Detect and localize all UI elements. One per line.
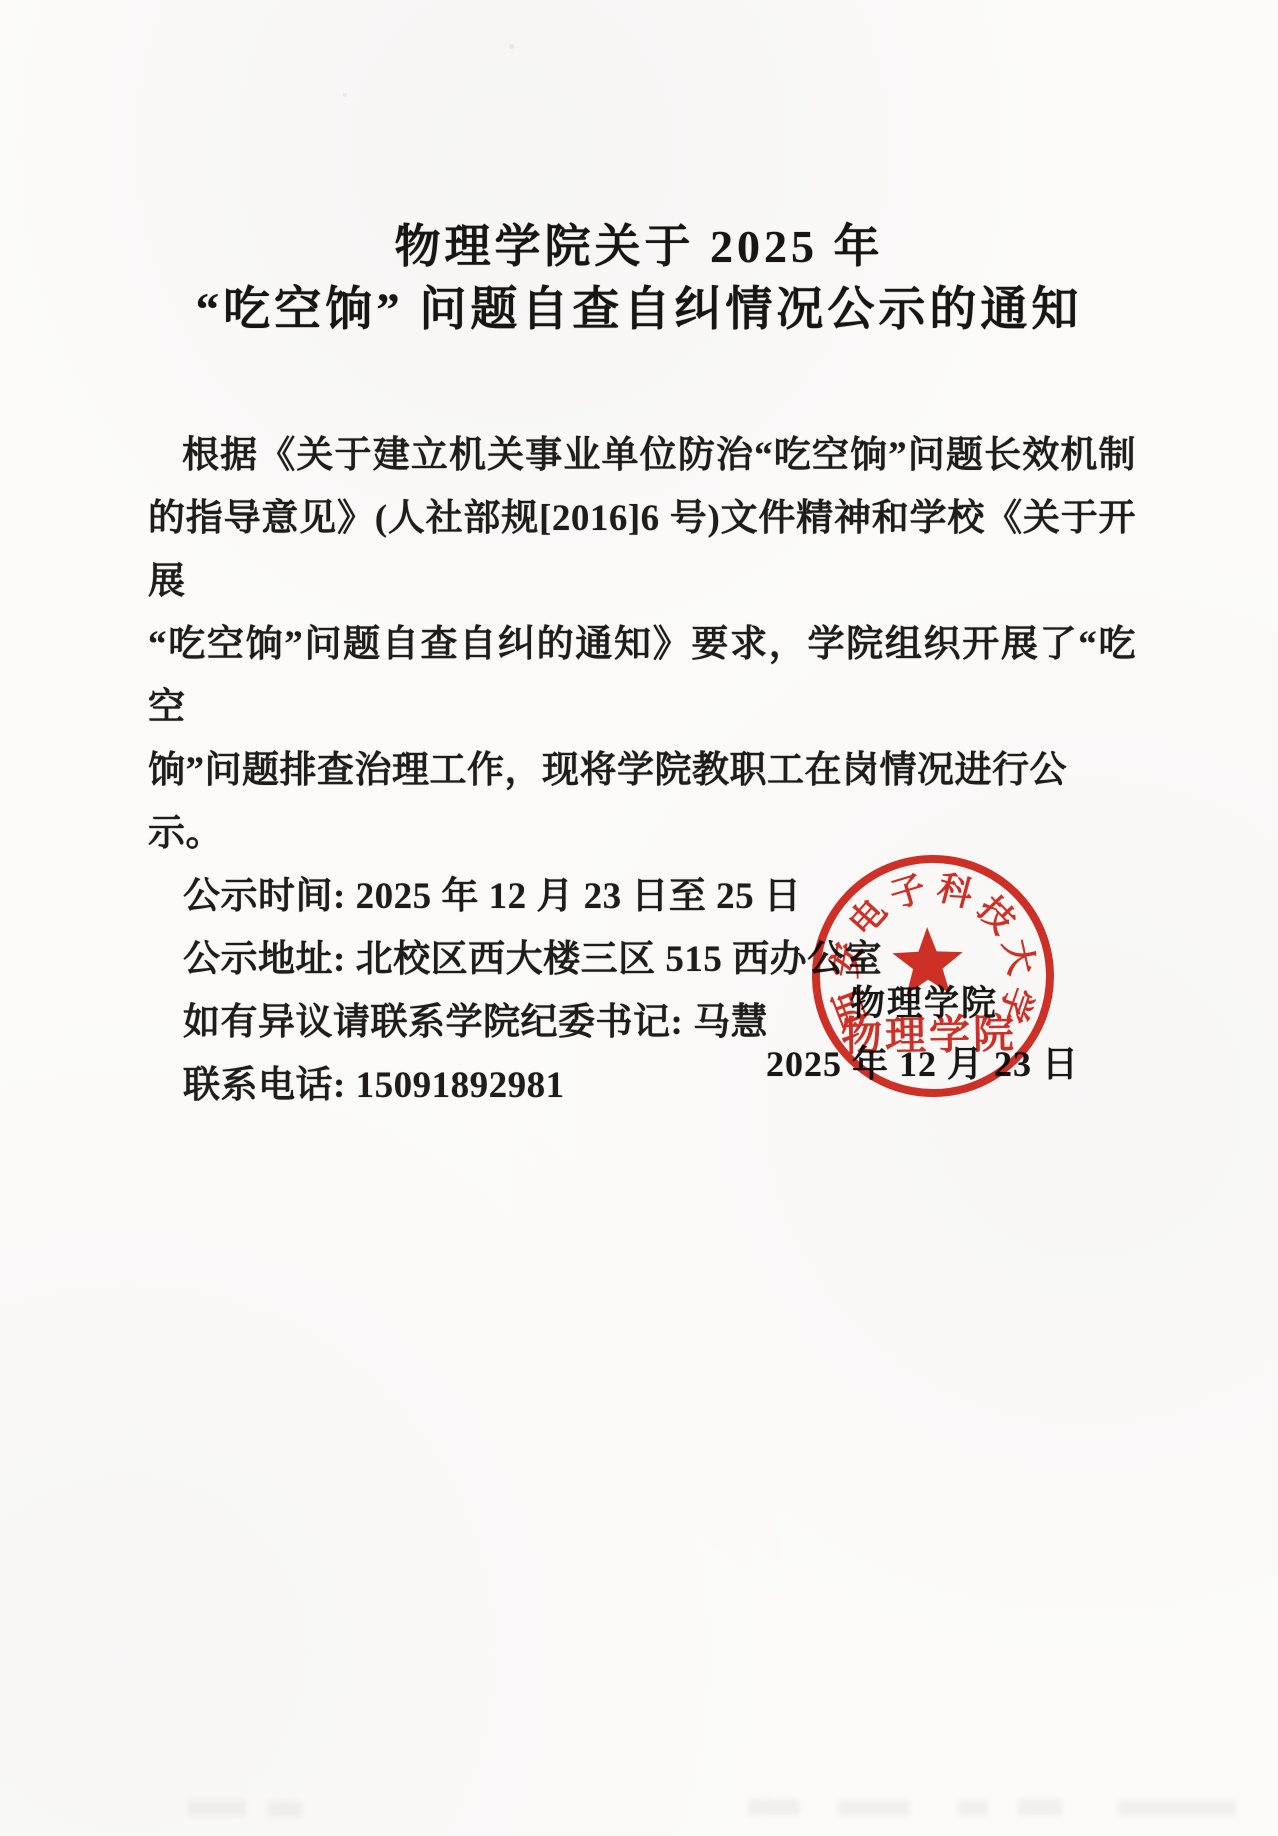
document-page: 物理学院关于 2025 年 “吃空饷” 问题自查自纠情况公示的通知 根据《关于建… [0,0,1278,1836]
paragraph-line: 根据《关于建立机关事业单位防治“吃空饷”问题长效机制 [148,424,1136,487]
scan-speck [509,44,514,49]
seal-arc-char: 科 [933,868,977,915]
seal-arc-char: 安 [825,939,870,981]
scan-noise [1118,1800,1236,1816]
notice-title-line1: 物理学院关于 2025 年 [0,210,1278,276]
seal-arc-char: 大 [996,936,1042,979]
seal-department-text: 物理学院 [841,1011,1018,1060]
scan-noise [268,1801,302,1817]
seal-arc-char: 子 [885,868,930,915]
seal-star-icon [892,926,964,994]
paragraph-line: “吃空饷”问题自查自纠的通知》要求，学院组织开展了“吃空 [148,613,1136,739]
scan-noise [1018,1799,1062,1815]
paragraph-line: 饷”问题排查治理工作，现将学院教职工在岗情况进行公示。 [148,739,1136,865]
paragraph-line: 的指导意见》(人社部规[2016]6 号)文件精神和学校《关于开展 [148,487,1136,613]
scan-noise [958,1800,988,1816]
notice-title-line2: “吃空饷” 问题自查自纠情况公示的通知 [0,272,1278,339]
official-seal: 西 安 电 子 科 技 大 学 物理学院 [804,849,1062,1107]
scan-noise [188,1800,246,1816]
scan-speck [343,93,347,97]
scan-noise [748,1799,800,1815]
scan-noise [838,1800,910,1816]
